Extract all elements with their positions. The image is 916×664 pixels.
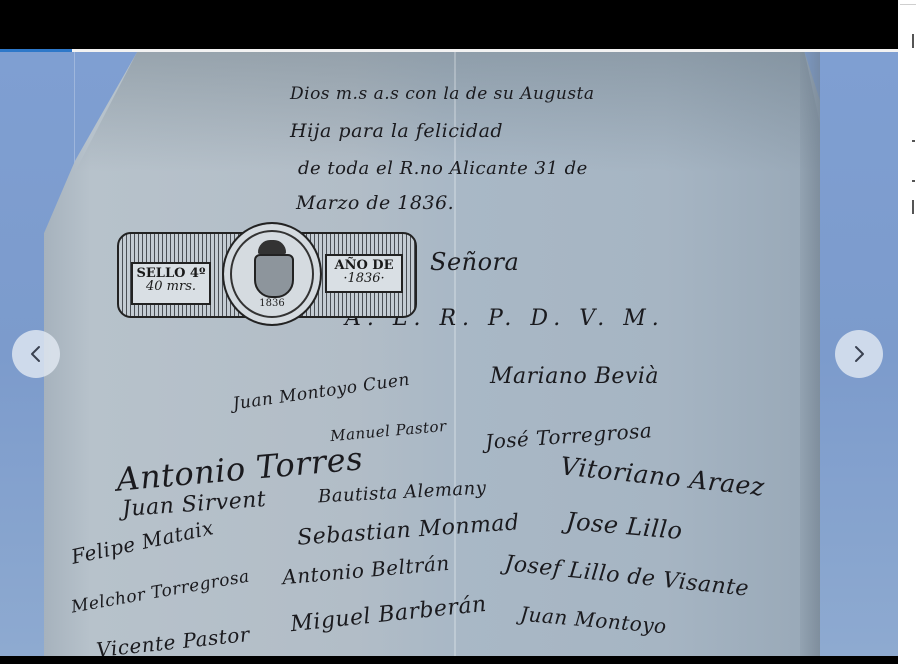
stamp-value-box: SELLO 4º 40 mrs.	[131, 262, 211, 305]
tax-stamp: SELLO 4º 40 mrs. 1836 AÑO DE ·1836·	[117, 222, 413, 326]
chevron-right-icon	[849, 344, 869, 364]
photo-stage: Dios m.s a.s con la de su Augusta Hija p…	[0, 52, 898, 656]
document-shadow	[44, 52, 820, 172]
text-fragment	[912, 200, 914, 214]
previous-image-button[interactable]	[12, 330, 60, 378]
document-line: Hija para la felicidad	[290, 120, 503, 142]
text-fragment	[912, 34, 914, 48]
chevron-left-icon	[26, 344, 46, 364]
text-fragment	[912, 140, 915, 142]
stamp-seal: 1836	[222, 222, 322, 326]
document-line: Dios m.s a.s con la de su Augusta	[290, 84, 595, 104]
coat-of-arms-icon	[254, 254, 294, 298]
text-fragment	[912, 180, 915, 182]
viewer-bottom-bar	[0, 656, 898, 664]
document-edge	[800, 52, 820, 656]
crown-icon	[258, 240, 286, 254]
adjacent-page-strip	[898, 0, 916, 664]
document-salutation: Señora	[430, 248, 519, 276]
document-line: Marzo de 1836.	[296, 192, 454, 214]
document-fold	[454, 52, 456, 656]
signature: Mariano Bevià	[490, 364, 659, 389]
stamp-year-box: AÑO DE ·1836·	[325, 254, 403, 293]
divider	[900, 4, 916, 5]
document-line: de toda el R.no Alicante 31 de	[298, 158, 588, 179]
next-image-button[interactable]	[835, 330, 883, 378]
viewer-top-bar	[0, 0, 898, 50]
